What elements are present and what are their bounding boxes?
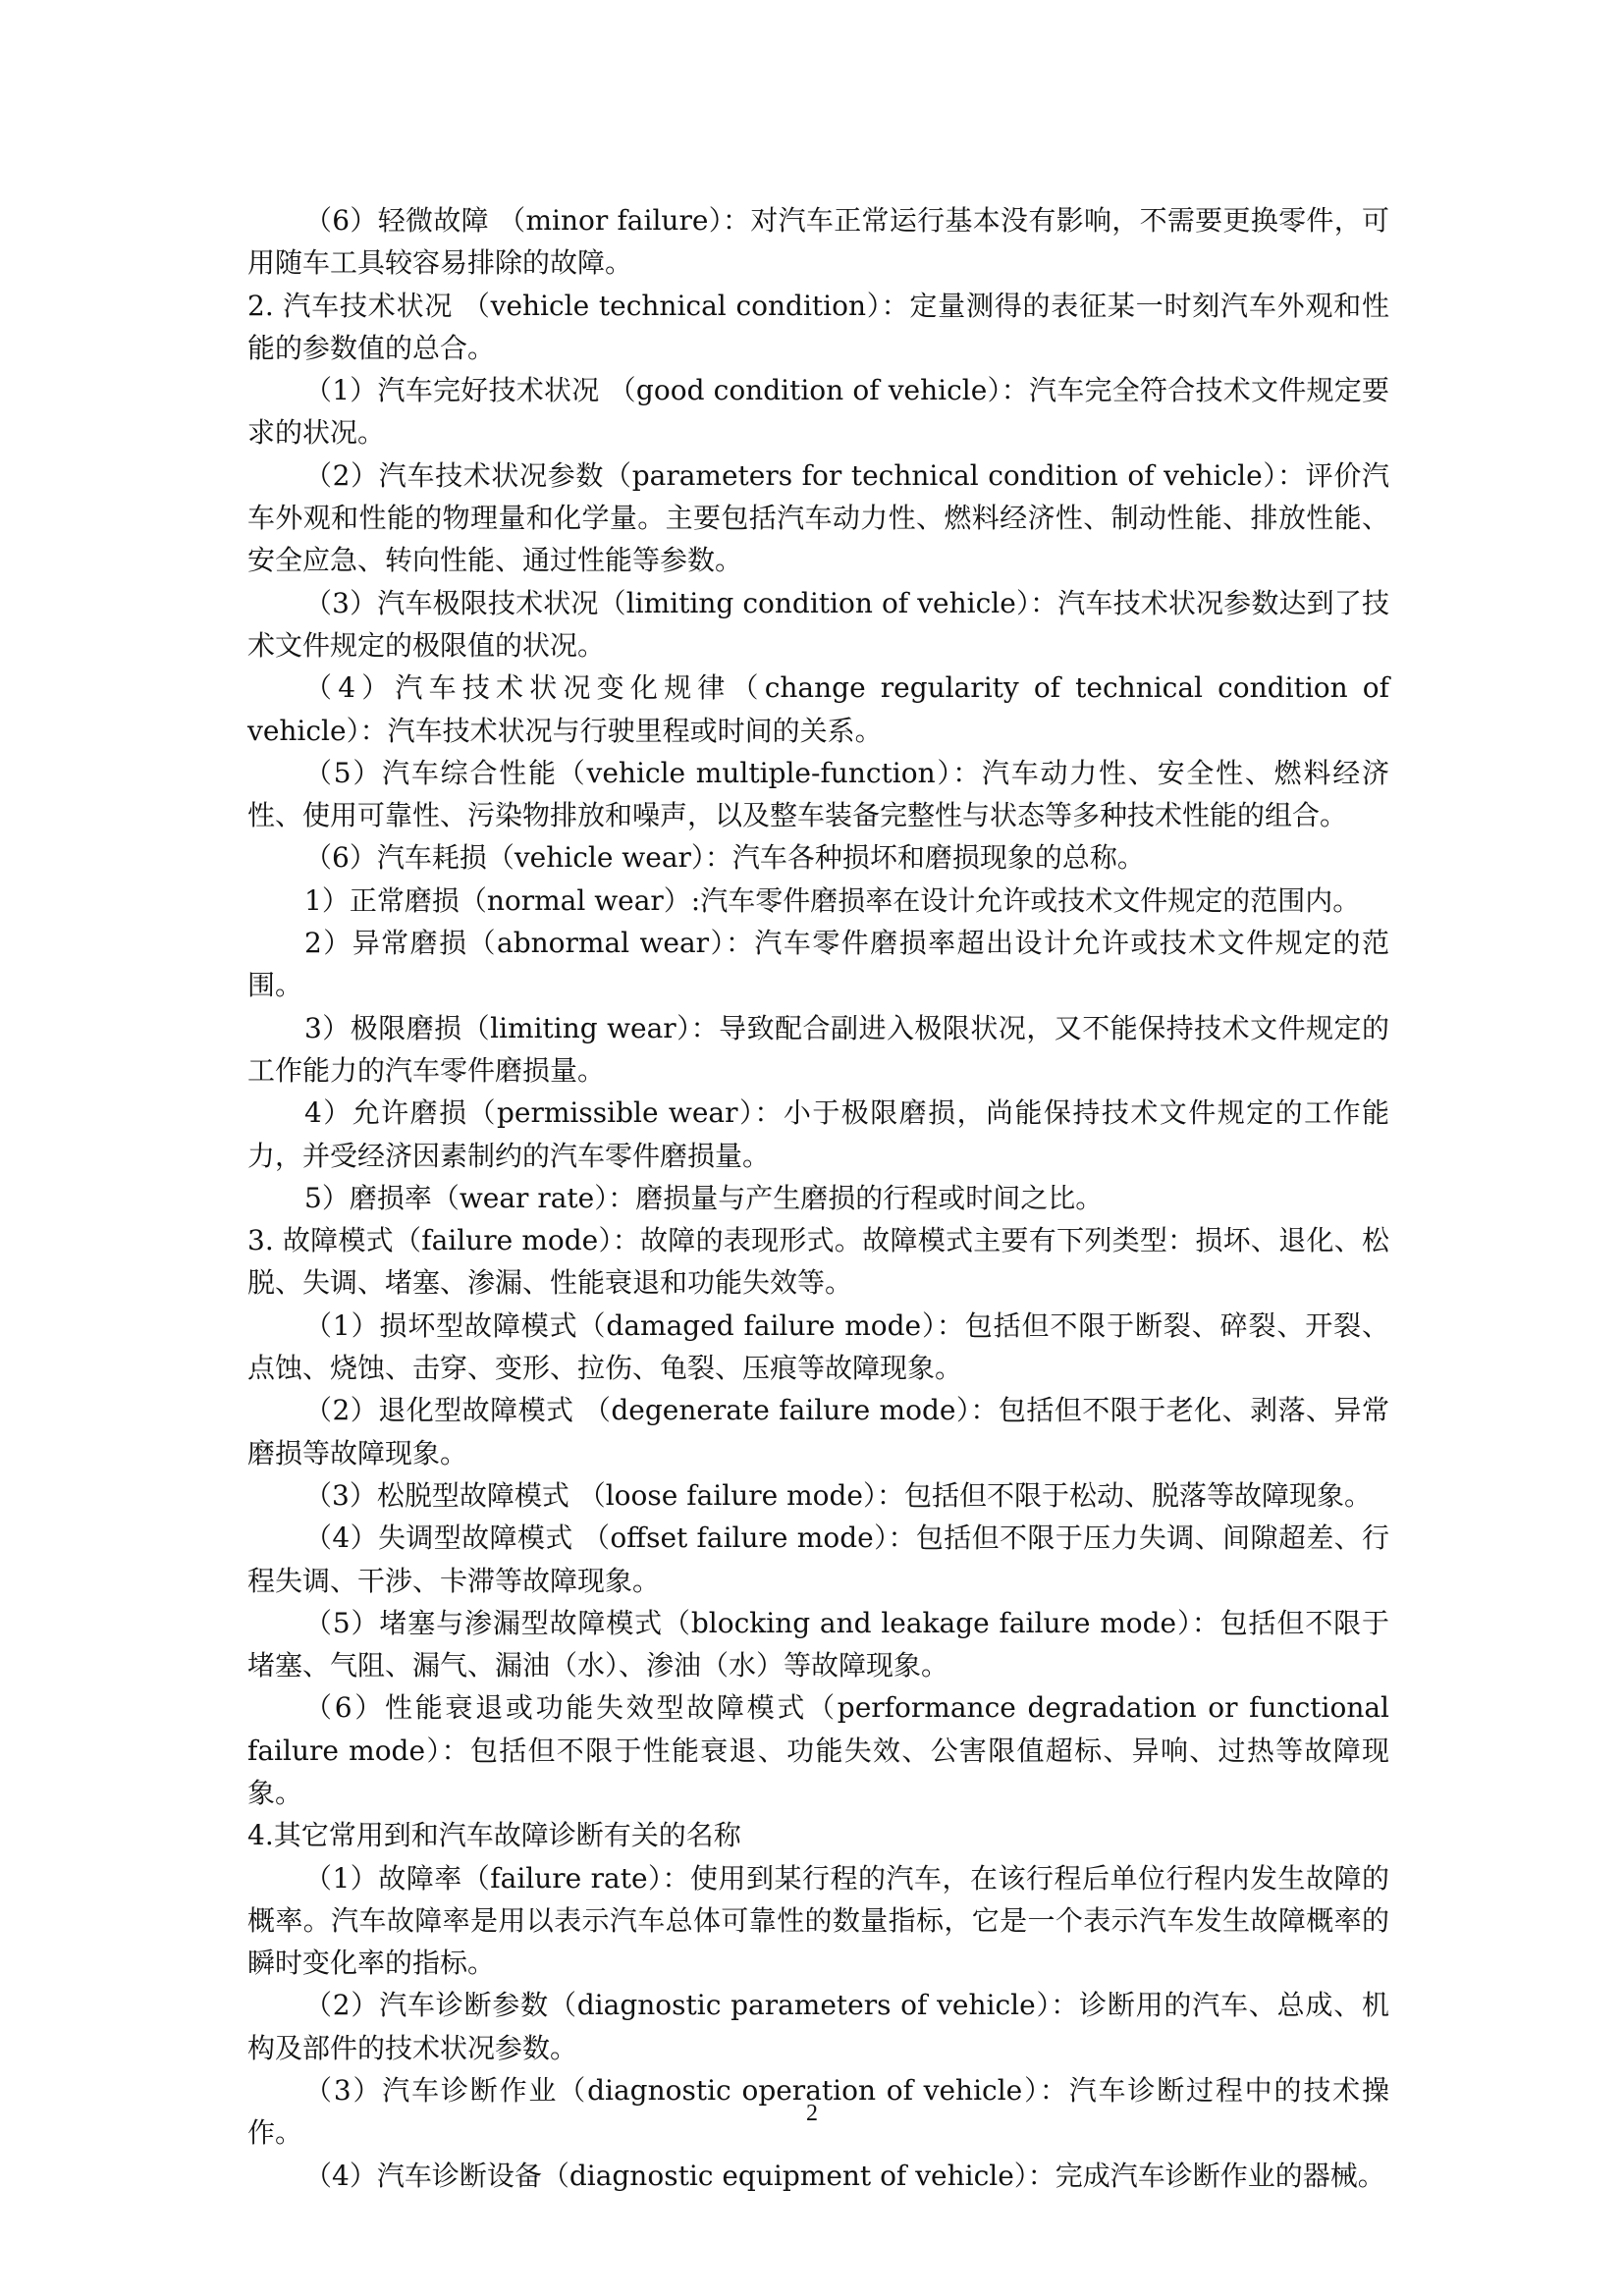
page-number: 2 <box>0 2101 1624 2127</box>
heading-other-terms: 4.其它常用到和汽车故障诊断有关的名称 <box>247 1814 1389 1856</box>
heading-vehicle-technical-condition: 2. 汽车技术状况 （vehicle technical condition）：… <box>247 285 1389 370</box>
paragraph-good-condition: （1）汽车完好技术状况 （good condition of vehicle）：… <box>247 369 1389 454</box>
paragraph-multiple-function: （5）汽车综合性能（vehicle multiple-function）：汽车动… <box>247 752 1389 837</box>
paragraph-condition-parameters: （2）汽车技术状况参数（parameters for technical con… <box>247 454 1389 582</box>
paragraph-limiting-wear: 3）极限磨损（limiting wear）：导致配合副进入极限状况，又不能保持技… <box>247 1007 1389 1093</box>
paragraph-loose-failure-mode: （3）松脱型故障模式 （loose failure mode）：包括但不限于松动… <box>247 1474 1389 1517</box>
paragraph-performance-degradation-mode: （6）性能衰退或功能失效型故障模式（performance degradatio… <box>247 1686 1389 1814</box>
paragraph-minor-failure: （6）轻微故障 （minor failure）：对汽车正常运行基本没有影响，不需… <box>247 199 1389 285</box>
paragraph-wear-rate: 5）磨损率（wear rate）：磨损量与产生磨损的行程或时间之比。 <box>247 1177 1389 1219</box>
paragraph-normal-wear: 1）正常磨损（normal wear）:汽车零件磨损率在设计允许或技术文件规定的… <box>247 880 1389 922</box>
heading-failure-mode: 3. 故障模式（failure mode）：故障的表现形式。故障模式主要有下列类… <box>247 1219 1389 1305</box>
paragraph-abnormal-wear: 2）异常磨损（abnormal wear）：汽车零件磨损率超出设计允许或技术文件… <box>247 922 1389 1007</box>
paragraph-failure-rate: （1）故障率（failure rate）：使用到某行程的汽车，在该行程后单位行程… <box>247 1857 1389 1985</box>
paragraph-diagnostic-parameters: （2）汽车诊断参数（diagnostic parameters of vehic… <box>247 1984 1389 2069</box>
paragraph-diagnostic-equipment: （4）汽车诊断设备（diagnostic equipment of vehicl… <box>247 2155 1389 2197</box>
paragraph-degenerate-failure-mode: （2）退化型故障模式 （degenerate failure mode）：包括但… <box>247 1389 1389 1474</box>
paragraph-vehicle-wear: （6）汽车耗损（vehicle wear）：汽车各种损坏和磨损现象的总称。 <box>247 836 1389 879</box>
paragraph-offset-failure-mode: （4）失调型故障模式 （offset failure mode）：包括但不限于压… <box>247 1517 1389 1602</box>
paragraph-limiting-condition: （3）汽车极限技术状况（limiting condition of vehicl… <box>247 582 1389 667</box>
paragraph-damaged-failure-mode: （1）损坏型故障模式（damaged failure mode）：包括但不限于断… <box>247 1305 1389 1390</box>
paragraph-permissible-wear: 4）允许磨损（permissible wear）：小于极限磨损，尚能保持技术文件… <box>247 1092 1389 1177</box>
paragraph-change-regularity: （4）汽车技术状况变化规律（change regularity of techn… <box>247 667 1389 752</box>
document-body: （6）轻微故障 （minor failure）：对汽车正常运行基本没有影响，不需… <box>247 199 1389 2197</box>
paragraph-blocking-leakage-failure-mode: （5）堵塞与渗漏型故障模式（blocking and leakage failu… <box>247 1602 1389 1687</box>
